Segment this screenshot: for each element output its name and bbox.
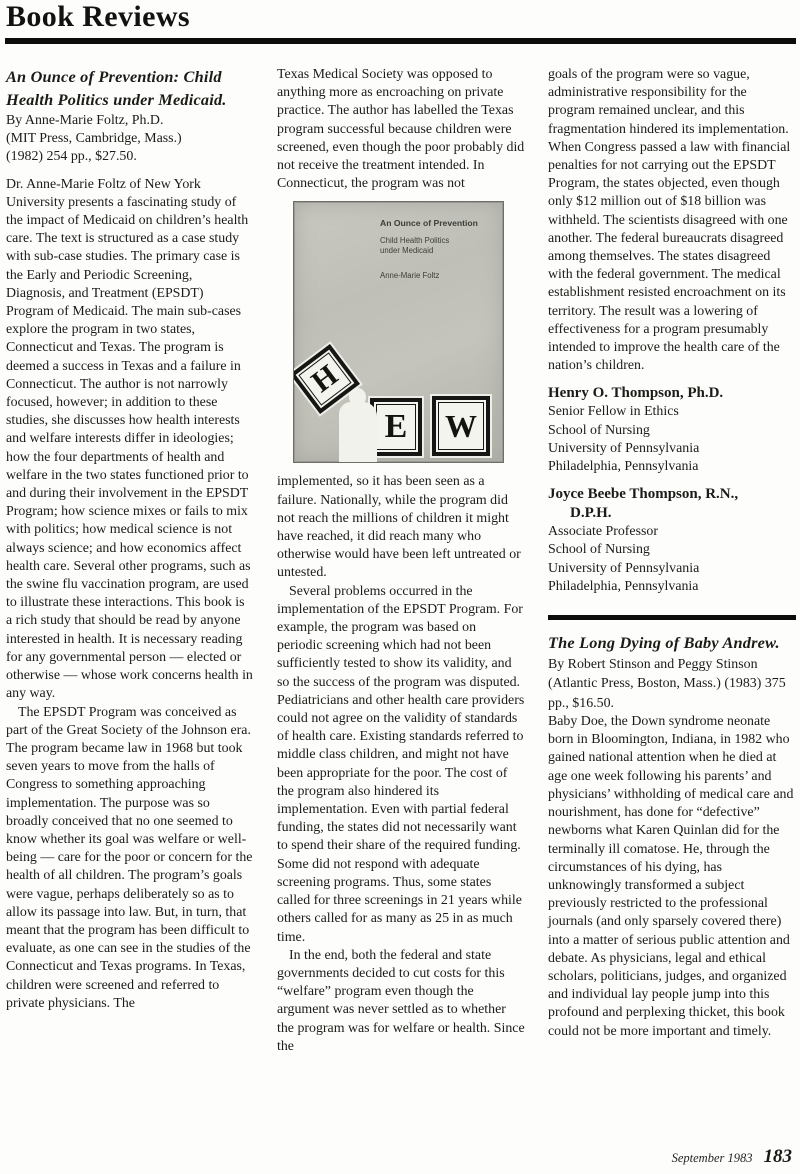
- signature-line: Senior Fellow in Ethics: [548, 403, 796, 421]
- signature-name: Henry O. Thompson, Ph.D.: [548, 384, 796, 403]
- review1-author-line: By Anne-Marie Foltz, Ph.D.: [6, 112, 254, 130]
- letter-block-w: W: [432, 396, 490, 456]
- signature-line: Associate Professor: [548, 523, 796, 541]
- paragraph: The EPSDT Program was conceived as part …: [6, 704, 254, 1013]
- column-3: goals of the program were so vague, admi…: [548, 66, 796, 1041]
- book-reviews-page: Book Reviews An Ounce of Prevention: Chi…: [0, 0, 800, 1174]
- review1-title: An Ounce of Prevention: Child Health Pol…: [6, 66, 254, 111]
- review1-price-line: (1982) 254 pp., $27.50.: [6, 148, 254, 166]
- review1-byline-block: By Anne-Marie Foltz, Ph.D. (MIT Press, C…: [6, 112, 254, 167]
- paragraph: implemented, so it has been seen as a fa…: [277, 473, 525, 582]
- cover-author: Anne-Marie Foltz: [380, 267, 478, 285]
- paragraph: goals of the program were so vague, admi…: [548, 66, 796, 375]
- review1-publisher-line: (MIT Press, Cambridge, Mass.): [6, 130, 254, 148]
- signature-line: University of Pennsylvania: [548, 560, 796, 578]
- page-title: Book Reviews: [6, 0, 190, 34]
- signature-line: Philadelphia, Pennsylvania: [548, 578, 796, 596]
- footer-page-number: 183: [764, 1146, 793, 1168]
- cover-text-block: An Ounce of Prevention Child Health Poli…: [380, 214, 478, 284]
- review2-title: The Long Dying of Baby Andrew.: [548, 633, 780, 652]
- paragraph: Several problems occurred in the impleme…: [277, 583, 525, 947]
- signature-name: Joyce Beebe Thompson, R.N.,: [548, 485, 796, 504]
- footer: September 1983 183: [672, 1146, 792, 1168]
- column-1: An Ounce of Prevention: Child Health Pol…: [6, 66, 254, 1013]
- signature-line: Philadelphia, Pennsylvania: [548, 458, 796, 476]
- signature-line: School of Nursing: [548, 422, 796, 440]
- signature-block: Joyce Beebe Thompson, R.N., D.P.H. Assoc…: [548, 485, 796, 596]
- paragraph: In the end, both the federal and state g…: [277, 947, 525, 1056]
- signature-line: University of Pennsylvania: [548, 440, 796, 458]
- paragraph: Texas Medical Society was opposed to any…: [277, 66, 525, 193]
- signature-name-continued: D.P.H.: [548, 504, 796, 523]
- paragraph: Baby Doe, the Down syndrome neonate born…: [548, 713, 796, 1041]
- columns: An Ounce of Prevention: Child Health Pol…: [6, 66, 796, 1056]
- cover-title: An Ounce of Prevention: [380, 214, 478, 232]
- review2-heading: The Long Dying of Baby Andrew. By Robert…: [548, 633, 796, 713]
- book-cover-image: An Ounce of Prevention Child Health Poli…: [293, 201, 504, 463]
- review2-byline: By Robert Stinson and Peggy Stinson (Atl…: [548, 657, 786, 711]
- column-2: Texas Medical Society was opposed to any…: [277, 66, 525, 1056]
- child-silhouette: [338, 388, 380, 463]
- header-rule: [5, 38, 796, 44]
- footer-issue: September 1983: [672, 1151, 753, 1166]
- section-divider-rule: [548, 615, 796, 620]
- cover-subtitle-line2: under Medicaid: [380, 246, 478, 256]
- paragraph: Dr. Anne-Marie Foltz of New York Univers…: [6, 176, 254, 704]
- cover-subtitle-line1: Child Health Politics: [380, 236, 478, 246]
- signature-line: School of Nursing: [548, 541, 796, 559]
- signature-block: Henry O. Thompson, Ph.D. Senior Fellow i…: [548, 384, 796, 476]
